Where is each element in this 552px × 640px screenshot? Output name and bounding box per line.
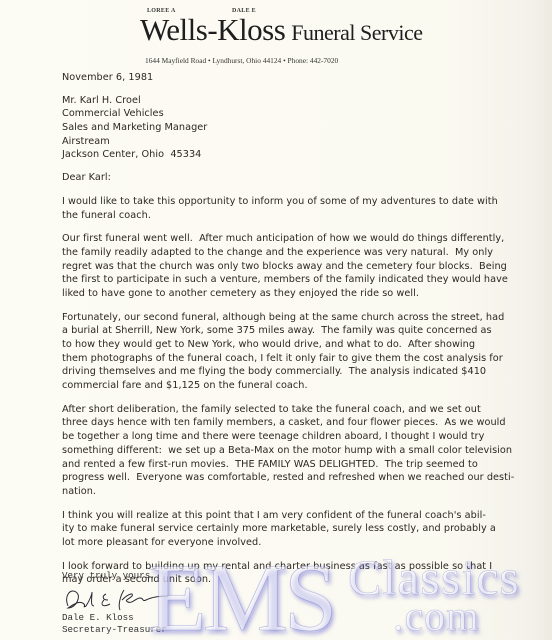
paragraph-line: to how they would get to New York, who w… [62,338,532,352]
closing: Very truly yours, [62,570,156,581]
paragraph-intro: I would like to take this opportunity to… [62,195,532,222]
paragraph-trip: After short deliberation, the family sel… [62,403,532,499]
paragraph-line: regret was that the church was only two … [62,260,532,274]
paragraph-second-funeral: Fortunately, our second funeral, althoug… [62,311,532,393]
recipient-line: Jackson Center, Ohio 45334 [62,148,532,162]
letterhead-name-wells: Wells [140,12,207,47]
letterhead-hyphen: - [207,12,217,47]
letterhead-name-kloss: Kloss [217,12,285,47]
signature-image [62,586,182,612]
letterhead-business-name: Wells-KlossFuneral Service [140,12,422,48]
paragraph-line: lot more pleasant for everyone involved. [62,536,532,550]
paragraph-line: Fortunately, our second funeral, althoug… [62,311,532,325]
paragraph-line: liked to have gone to another cemetery a… [62,287,532,301]
signer-name: Dale E. Kloss [62,612,134,623]
signer-title: Secretary-Treasurer [62,624,167,635]
paragraph-line: them photographs of the funeral coach, I… [62,352,532,366]
paragraph-first-funeral: Our first funeral went well. After much … [62,232,532,300]
paragraph-line: something different: we set up a Beta-Ma… [62,444,532,458]
letterhead: LOREE A DALE E Wells-KlossFuneral Servic… [0,0,552,66]
paragraph-line: the funeral coach. [62,209,532,223]
paragraph-line: the first to participate in such a ventu… [62,273,532,287]
letter-page: LOREE A DALE E Wells-KlossFuneral Servic… [0,0,552,640]
paragraph-line: the family readily adapted to the change… [62,246,532,260]
paragraph-line: progress well. Everyone was comfortable,… [62,471,532,485]
recipient-line: Mr. Karl H. Croel [62,94,532,108]
paragraph-line: After short deliberation, the family sel… [62,403,532,417]
paragraph-confidence: I think you will realize at this point t… [62,509,532,550]
paragraph-line: driving themselves and me flying the bod… [62,365,532,379]
paragraph-line: and rented a few first-run movies. THE F… [62,458,532,472]
recipient-line: Commercial Vehicles [62,107,532,121]
paragraph-line: nation. [62,485,532,499]
paragraph-line: Our first funeral went well. After much … [62,232,532,246]
letter-date: November 6, 1981 [62,71,532,85]
letterhead-service: Funeral Service [291,20,422,45]
paragraph-line: commercial fare and $1,125 on the funera… [62,379,532,393]
paragraph-line: be together a long time and there were t… [62,430,532,444]
recipient-line: Airstream [62,135,532,149]
recipient-line: Sales and Marketing Manager [62,121,532,135]
paragraph-line: I think you will realize at this point t… [62,509,532,523]
watermark-dotcom: .com [393,596,480,638]
recipient-address: Mr. Karl H. Croel Commercial Vehicles Sa… [62,94,532,162]
paragraph-line: a burial at Sherrill, New York, some 375… [62,324,532,338]
salutation: Dear Karl: [62,171,532,185]
paragraph-line: three days hence with ten family members… [62,416,532,430]
paragraph-line: ity to make funeral service certainly mo… [62,522,532,536]
letterhead-address: 1644 Mayfield Road • Lyndhurst, Ohio 441… [145,56,338,65]
paragraph-line: I would like to take this opportunity to… [62,195,532,209]
letter-body: November 6, 1981 Mr. Karl H. Croel Comme… [62,71,532,587]
